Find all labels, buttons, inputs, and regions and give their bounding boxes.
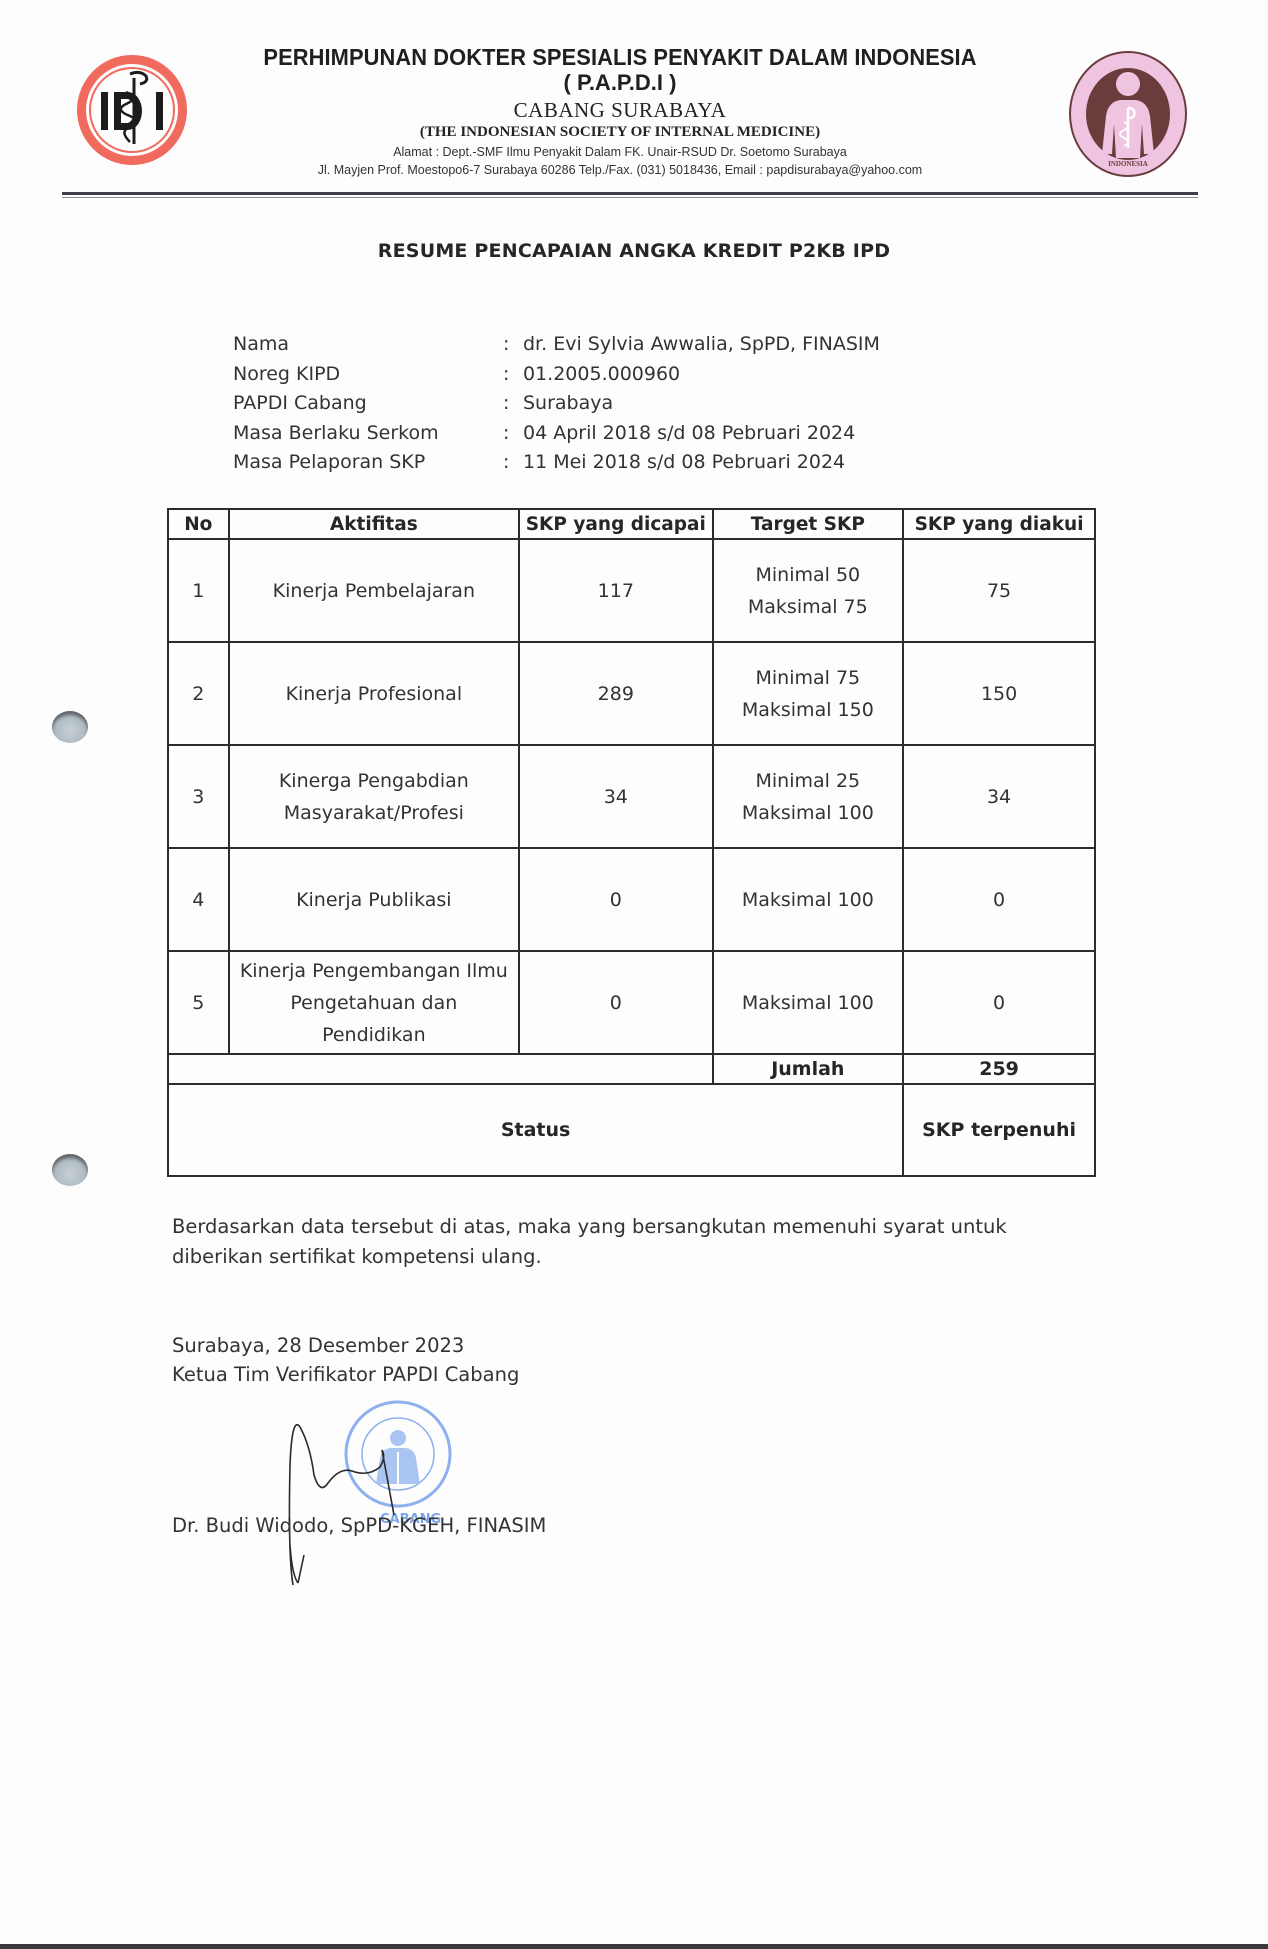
cell-aktifitas: Kinerja Profesional: [229, 642, 520, 745]
cell-target-skp-line: Maksimal 100: [714, 797, 903, 829]
cell-skp-diakui: 0: [903, 848, 1095, 951]
info-separator: :: [503, 360, 509, 390]
info-separator: :: [503, 448, 509, 478]
cell-aktifitas: Kinerja Pengembangan IlmuPengetahuan dan…: [229, 951, 520, 1054]
letterhead-divider-thin: [62, 197, 1198, 198]
skp-table: No Aktifitas SKP yang dicapai Target SKP…: [167, 508, 1096, 1177]
cell-target-skp: Maksimal 100: [713, 951, 904, 1054]
status-value: SKP terpenuhi: [903, 1084, 1095, 1176]
info-separator: :: [503, 330, 509, 360]
org-name: PERHIMPUNAN DOKTER SPESIALIS PENYAKIT DA…: [202, 44, 1038, 71]
cell-no: 4: [168, 848, 229, 951]
table-row: 4Kinerja Publikasi0Maksimal 1000: [168, 848, 1095, 951]
cell-no: 1: [168, 539, 229, 642]
cell-skp-diakui: 150: [903, 642, 1095, 745]
signer-name: Dr. Budi Widodo, SpPD-KGEH, FINASIM: [172, 1514, 546, 1537]
cell-skp-diakui: 75: [903, 539, 1095, 642]
cell-target-skp: Maksimal 100: [713, 848, 904, 951]
cell-skp-dicapai: 117: [519, 539, 712, 642]
conclusion-text: Berdasarkan data tersebut di atas, maka …: [172, 1212, 1102, 1272]
info-label: Nama: [233, 330, 289, 360]
cell-skp-dicapai: 0: [519, 951, 712, 1054]
cell-skp-dicapai: 289: [519, 642, 712, 745]
cell-target-skp: Minimal 25Maksimal 100: [713, 745, 904, 848]
table-row: 5Kinerja Pengembangan IlmuPengetahuan da…: [168, 951, 1095, 1054]
document-title: RESUME PENCAPAIAN ANGKA KREDIT P2KB IPD: [0, 240, 1268, 262]
info-separator: :: [503, 419, 509, 449]
cell-target-skp-line: Maksimal 100: [714, 884, 903, 916]
info-label: Noreg KIPD: [233, 360, 340, 390]
cell-aktifitas-line: Masyarakat/Profesi: [230, 797, 519, 829]
status-row: Status SKP terpenuhi: [168, 1084, 1095, 1176]
info-label: Masa Pelaporan SKP: [233, 448, 425, 478]
letterhead-divider: [62, 192, 1198, 195]
idi-logo-icon: [74, 52, 190, 168]
org-abbrev: ( P.A.P.D.I ): [180, 70, 1060, 96]
svg-text:INDONESIA: INDONESIA: [1108, 160, 1148, 168]
cell-skp-diakui: 34: [903, 745, 1095, 848]
place-date: Surabaya, 28 Desember 2023: [172, 1334, 464, 1357]
table-row: 1Kinerja Pembelajaran117Minimal 50Maksim…: [168, 539, 1095, 642]
cell-no: 5: [168, 951, 229, 1054]
info-value: 11 Mei 2018 s/d 08 Pebruari 2024: [523, 448, 845, 478]
table-header-row: No Aktifitas SKP yang dicapai Target SKP…: [168, 509, 1095, 539]
cell-aktifitas: Kinerja Pembelajaran: [229, 539, 520, 642]
total-value: 259: [903, 1054, 1095, 1084]
info-value: 04 April 2018 s/d 08 Pebruari 2024: [523, 419, 855, 449]
cell-aktifitas: Kinerja Publikasi: [229, 848, 520, 951]
punch-hole-bottom: [52, 1154, 88, 1186]
cell-no: 3: [168, 745, 229, 848]
signer-role: Ketua Tim Verifikator PAPDI Cabang: [172, 1363, 519, 1386]
english-name: (THE INDONESIAN SOCIETY OF INTERNAL MEDI…: [180, 124, 1060, 141]
cell-aktifitas: Kinerga PengabdianMasyarakat/Profesi: [229, 745, 520, 848]
cell-aktifitas-line: Pengetahuan dan: [230, 987, 519, 1019]
handwritten-signature-icon: [270, 1405, 470, 1595]
scan-edge: [0, 1944, 1268, 1949]
table-row: 3Kinerga PengabdianMasyarakat/Profesi34M…: [168, 745, 1095, 848]
cell-skp-diakui: 0: [903, 951, 1095, 1054]
cell-aktifitas-line: Kinerja Publikasi: [230, 884, 519, 916]
total-row: Jumlah 259: [168, 1054, 1095, 1084]
col-header-target-skp: Target SKP: [713, 509, 904, 539]
cell-aktifitas-line: Pendidikan: [230, 1019, 519, 1051]
cell-aktifitas-line: Kinerja Pembelajaran: [230, 575, 519, 607]
status-label: Status: [168, 1084, 903, 1176]
col-header-aktifitas: Aktifitas: [229, 509, 520, 539]
info-separator: :: [503, 389, 509, 419]
col-header-no: No: [168, 509, 229, 539]
total-label: Jumlah: [713, 1054, 904, 1084]
total-row-spacer: [168, 1054, 713, 1084]
cell-target-skp-line: Minimal 50: [714, 559, 903, 591]
cell-skp-dicapai: 0: [519, 848, 712, 951]
table-row: 2Kinerja Profesional289Minimal 75Maksima…: [168, 642, 1095, 745]
cell-target-skp-line: Maksimal 150: [714, 694, 903, 726]
cell-target-skp: Minimal 50Maksimal 75: [713, 539, 904, 642]
cell-target-skp-line: Minimal 75: [714, 662, 903, 694]
col-header-skp-diakui: SKP yang diakui: [903, 509, 1095, 539]
cell-aktifitas-line: Kinerja Pengembangan Ilmu: [230, 955, 519, 987]
punch-hole-top: [52, 711, 88, 743]
info-label: PAPDI Cabang: [233, 389, 367, 419]
cell-target-skp-line: Maksimal 75: [714, 591, 903, 623]
cell-aktifitas-line: Kinerja Profesional: [230, 678, 519, 710]
cell-target-skp-line: Maksimal 100: [714, 987, 903, 1019]
cell-target-skp: Minimal 75Maksimal 150: [713, 642, 904, 745]
address-line-2: Jl. Mayjen Prof. Moestopo6-7 Surabaya 60…: [180, 163, 1060, 177]
col-header-skp-dicapai: SKP yang dicapai: [519, 509, 712, 539]
info-value: dr. Evi Sylvia Awwalia, SpPD, FINASIM: [523, 330, 880, 360]
info-label: Masa Berlaku Serkom: [233, 419, 439, 449]
address-line-1: Alamat : Dept.-SMF Ilmu Penyakit Dalam F…: [180, 145, 1060, 159]
cell-target-skp-line: Minimal 25: [714, 765, 903, 797]
info-value: 01.2005.000960: [523, 360, 680, 390]
papdi-logo-icon: INDONESIA: [1068, 50, 1188, 178]
branch-name: CABANG SURABAYA: [180, 98, 1060, 123]
cell-skp-dicapai: 34: [519, 745, 712, 848]
cell-no: 2: [168, 642, 229, 745]
cell-aktifitas-line: Kinerga Pengabdian: [230, 765, 519, 797]
info-value: Surabaya: [523, 389, 613, 419]
